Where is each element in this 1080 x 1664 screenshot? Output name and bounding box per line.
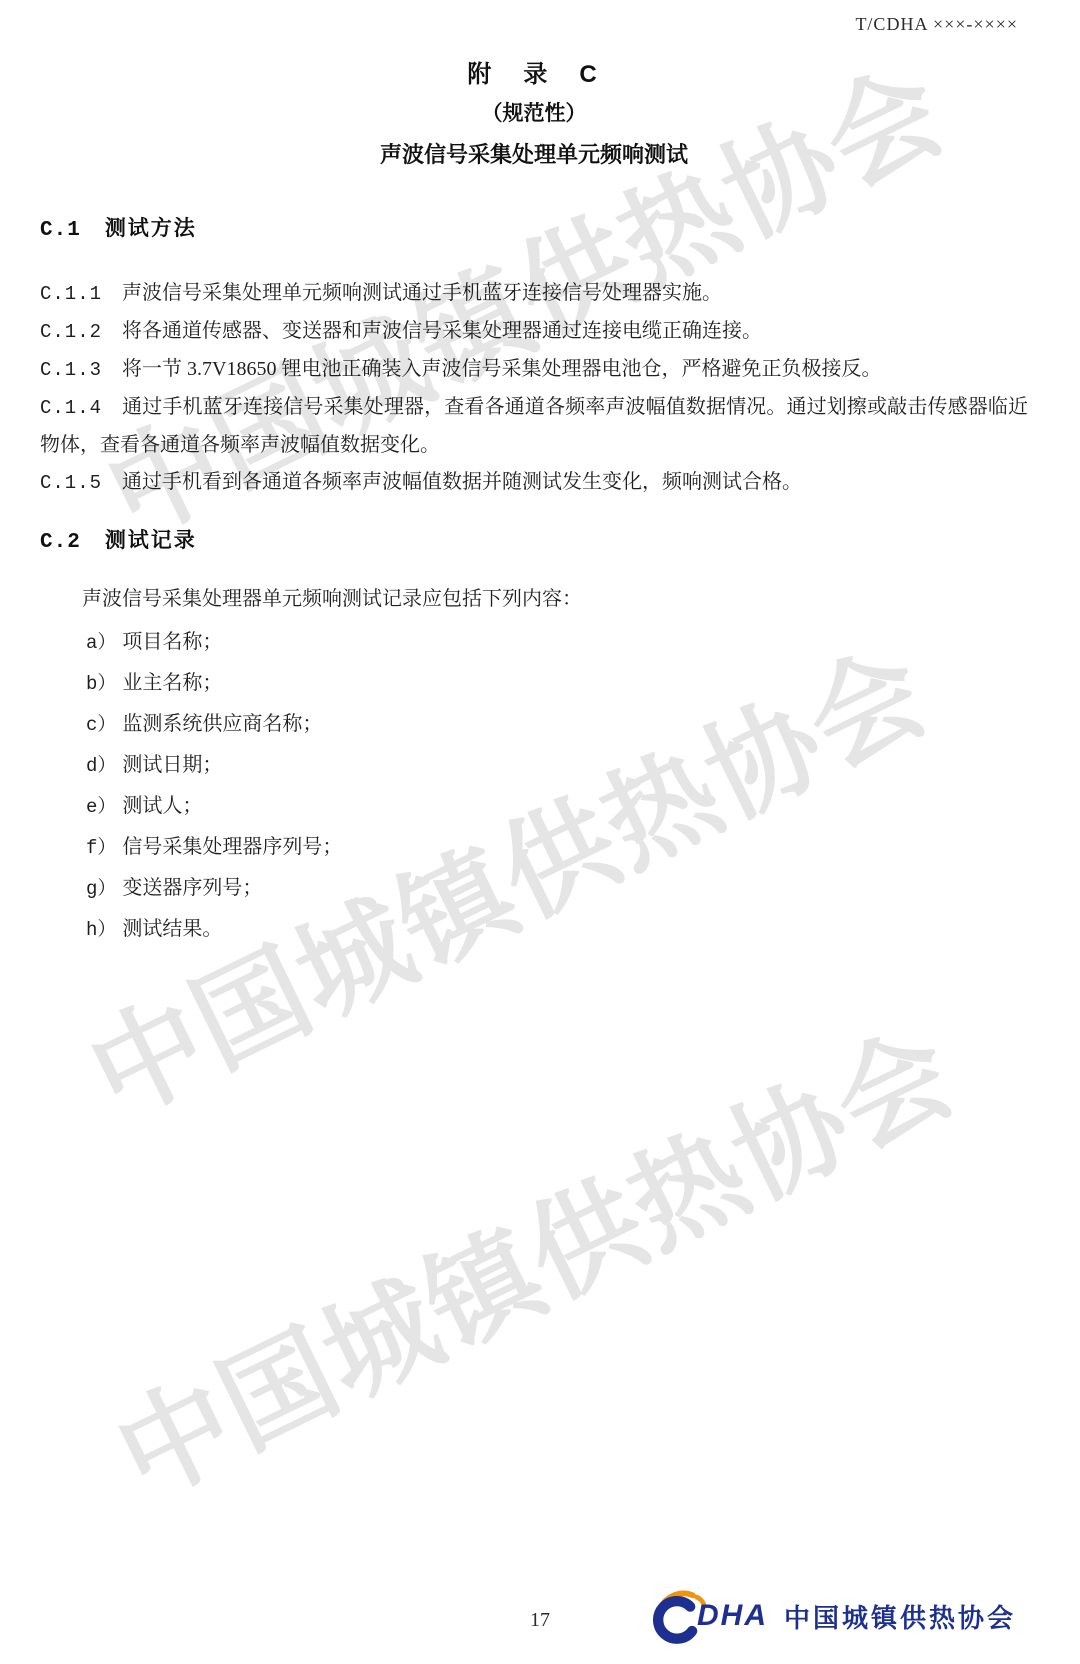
record-item-c: c）监测系统供应商名称； [86, 704, 1028, 745]
record-item-d: d）测试日期； [86, 745, 1028, 786]
record-item-text-c: 监测系统供应商名称； [122, 713, 322, 735]
appendix-subject: 声波信号采集处理单元频响测试 [40, 140, 1028, 170]
record-item-h: h）测试结果。 [86, 909, 1028, 950]
section-number-c1: C.1 [40, 219, 81, 242]
clause-number-c1-4: C.1.4 [40, 397, 102, 419]
record-item-label-b: b） [86, 673, 116, 695]
cdha-org-name: 中国城镇供热协会 [784, 1598, 1016, 1635]
cdha-logo: DHA 中国城镇供热协会 [647, 1588, 1016, 1644]
record-item-label-e: e） [86, 796, 116, 818]
record-item-text-f: 信号采集处理器序列号； [122, 836, 342, 858]
document-content: 附 录 C （规范性） 声波信号采集处理单元频响测试 C.1测试方法 C.1.1… [40, 60, 1028, 950]
clause-number-c1-5: C.1.5 [40, 472, 102, 494]
clause-number-c1-1: C.1.1 [40, 283, 102, 305]
clause-c1-2: C.1.2将各通道传感器、变送器和声波信号采集处理器通过连接电缆正确连接。 [40, 313, 1028, 351]
record-item-text-d: 测试日期； [122, 754, 222, 776]
clause-text-c1-5: 通过手机看到各通道各频率声波幅值数据并随测试发生变化，频响测试合格。 [122, 471, 802, 493]
record-item-f: f）信号采集处理器序列号； [86, 827, 1028, 868]
record-item-label-g: g） [86, 878, 116, 900]
cdha-logo-letters: DHA [697, 1599, 768, 1633]
clause-text-c1-2: 将各通道传感器、变送器和声波信号采集处理器通过连接电缆正确连接。 [122, 320, 762, 342]
record-item-b: b）业主名称； [86, 663, 1028, 704]
appendix-title-block: 附 录 C （规范性） 声波信号采集处理单元频响测试 [40, 60, 1028, 170]
clause-c1-1: C.1.1声波信号采集处理单元频响测试通过手机蓝牙连接信号处理器实施。 [40, 275, 1028, 313]
record-item-g: g）变送器序列号； [86, 868, 1028, 909]
clause-text-c1-4: 通过手机蓝牙连接信号采集处理器，查看各通道各频率声波幅值数据情况。通过划擦或敲击… [40, 396, 1028, 456]
section-title-c1: 测试方法 [105, 217, 197, 240]
record-item-label-c: c） [86, 714, 116, 736]
doc-code-header: T/CDHA ×××-×××× [855, 14, 1018, 35]
clause-text-c1-1: 声波信号采集处理单元频响测试通过手机蓝牙连接信号处理器实施。 [122, 282, 722, 304]
clause-number-c1-3: C.1.3 [40, 359, 102, 381]
record-item-text-b: 业主名称； [122, 672, 222, 694]
record-item-text-e: 测试人； [122, 795, 202, 817]
section-title-c2: 测试记录 [105, 529, 197, 552]
record-item-list: a）项目名称； b）业主名称； c）监测系统供应商名称； d）测试日期； e）测… [40, 622, 1028, 950]
record-item-label-a: a） [86, 632, 116, 654]
section-heading-c2: C.2测试记录 [40, 526, 1028, 557]
clause-c1-5: C.1.5通过手机看到各通道各频率声波幅值数据并随测试发生变化，频响测试合格。 [40, 464, 1028, 502]
clause-c1-4: C.1.4通过手机蓝牙连接信号采集处理器，查看各通道各频率声波幅值数据情况。通过… [40, 389, 1028, 464]
appendix-heading: 附 录 C [40, 60, 1028, 90]
section-heading-c1: C.1测试方法 [40, 214, 1028, 245]
normative-label: （规范性） [40, 100, 1028, 128]
section-number-c2: C.2 [40, 531, 81, 554]
document-page: 中国城镇供热协会 中国城镇供热协会 中国城镇供热协会 T/CDHA ×××-××… [0, 0, 1080, 1664]
record-item-text-g: 变送器序列号； [122, 877, 262, 899]
record-item-label-d: d） [86, 755, 116, 777]
clause-number-c1-2: C.1.2 [40, 321, 102, 343]
record-intro: 声波信号采集处理器单元频响测试记录应包括下列内容： [40, 581, 1028, 618]
record-item-e: e）测试人； [86, 786, 1028, 827]
record-item-label-h: h） [86, 919, 116, 941]
record-item-label-f: f） [86, 837, 116, 859]
record-item-text-a: 项目名称； [122, 631, 222, 653]
record-item-a: a）项目名称； [86, 622, 1028, 663]
clause-text-c1-3: 将一节 3.7V18650 锂电池正确装入声波信号采集处理器电池仓，严格避免正负… [122, 358, 881, 380]
clause-c1-3: C.1.3将一节 3.7V18650 锂电池正确装入声波信号采集处理器电池仓，严… [40, 351, 1028, 389]
record-item-text-h: 测试结果。 [122, 918, 222, 940]
